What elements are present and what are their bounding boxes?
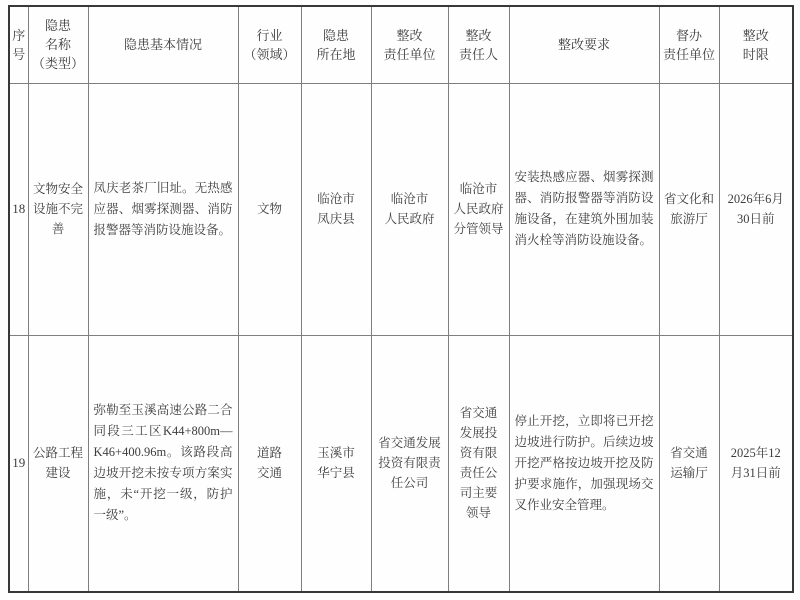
cell-rectification-requirements: 停止开挖，立即将已开挖边坡进行防护。后续边坡开挖严格按边坡开挖及防护要求施作，加… — [509, 335, 659, 592]
column-header-location: 隐患 所在地 — [301, 6, 371, 83]
column-header-responsible-person: 整改 责任人 — [448, 6, 509, 83]
cell-responsible-person: 临沧市 人民政府 分管领导 — [448, 83, 509, 335]
cell-industry: 道路 交通 — [238, 335, 301, 592]
cell-supervising-unit: 省交通 运输厅 — [659, 335, 719, 592]
table-row: 18 文物安全设施不完善 凤庆老茶厂旧址。无热感应器、烟雾探测器、消防报警器等消… — [9, 83, 793, 335]
hazard-rectification-table: 序 号 隐患 名称 （类型） 隐患基本情况 行业 （领域） 隐患 所在地 整改 … — [8, 5, 794, 593]
column-header-deadline: 整改 时限 — [719, 6, 793, 83]
table-row: 19 公路工程建设 弥勒至玉溪高速公路二合同段三工区K44+800m—K46+4… — [9, 335, 793, 592]
cell-serial-number: 19 — [9, 335, 28, 592]
cell-rectification-requirements: 安装热感应器、烟雾探测器、消防报警器等消防设施设备，在建筑外围加装消火栓等消防设… — [509, 83, 659, 335]
cell-hazard-description: 弥勒至玉溪高速公路二合同段三工区K44+800m—K46+400.96m。该路段… — [88, 335, 238, 592]
cell-deadline: 2025年12 月31日前 — [719, 335, 793, 592]
document-page: 序 号 隐患 名称 （类型） 隐患基本情况 行业 （领域） 隐患 所在地 整改 … — [0, 0, 800, 600]
cell-supervising-unit: 省文化和 旅游厅 — [659, 83, 719, 335]
column-header-serial-number: 序 号 — [9, 6, 28, 83]
cell-location: 玉溪市 华宁县 — [301, 335, 371, 592]
column-header-hazard-description: 隐患基本情况 — [88, 6, 238, 83]
column-header-responsible-unit: 整改 责任单位 — [371, 6, 448, 83]
cell-location: 临沧市 凤庆县 — [301, 83, 371, 335]
cell-responsible-person: 省交通 发展投 资有限 责任公 司主要 领导 — [448, 335, 509, 592]
cell-responsible-unit: 临沧市 人民政府 — [371, 83, 448, 335]
column-header-hazard-name: 隐患 名称 （类型） — [28, 6, 88, 83]
cell-responsible-unit: 省交通发展 投资有限责 任公司 — [371, 335, 448, 592]
column-header-industry: 行业 （领域） — [238, 6, 301, 83]
header-row: 序 号 隐患 名称 （类型） 隐患基本情况 行业 （领域） 隐患 所在地 整改 … — [9, 6, 793, 83]
column-header-rectification-requirements: 整改要求 — [509, 6, 659, 83]
cell-hazard-name: 文物安全设施不完善 — [28, 83, 88, 335]
cell-serial-number: 18 — [9, 83, 28, 335]
cell-industry: 文物 — [238, 83, 301, 335]
cell-hazard-name: 公路工程建设 — [28, 335, 88, 592]
column-header-supervising-unit: 督办 责任单位 — [659, 6, 719, 83]
cell-hazard-description: 凤庆老茶厂旧址。无热感应器、烟雾探测器、消防报警器等消防设施设备。 — [88, 83, 238, 335]
cell-deadline: 2026年6月 30日前 — [719, 83, 793, 335]
